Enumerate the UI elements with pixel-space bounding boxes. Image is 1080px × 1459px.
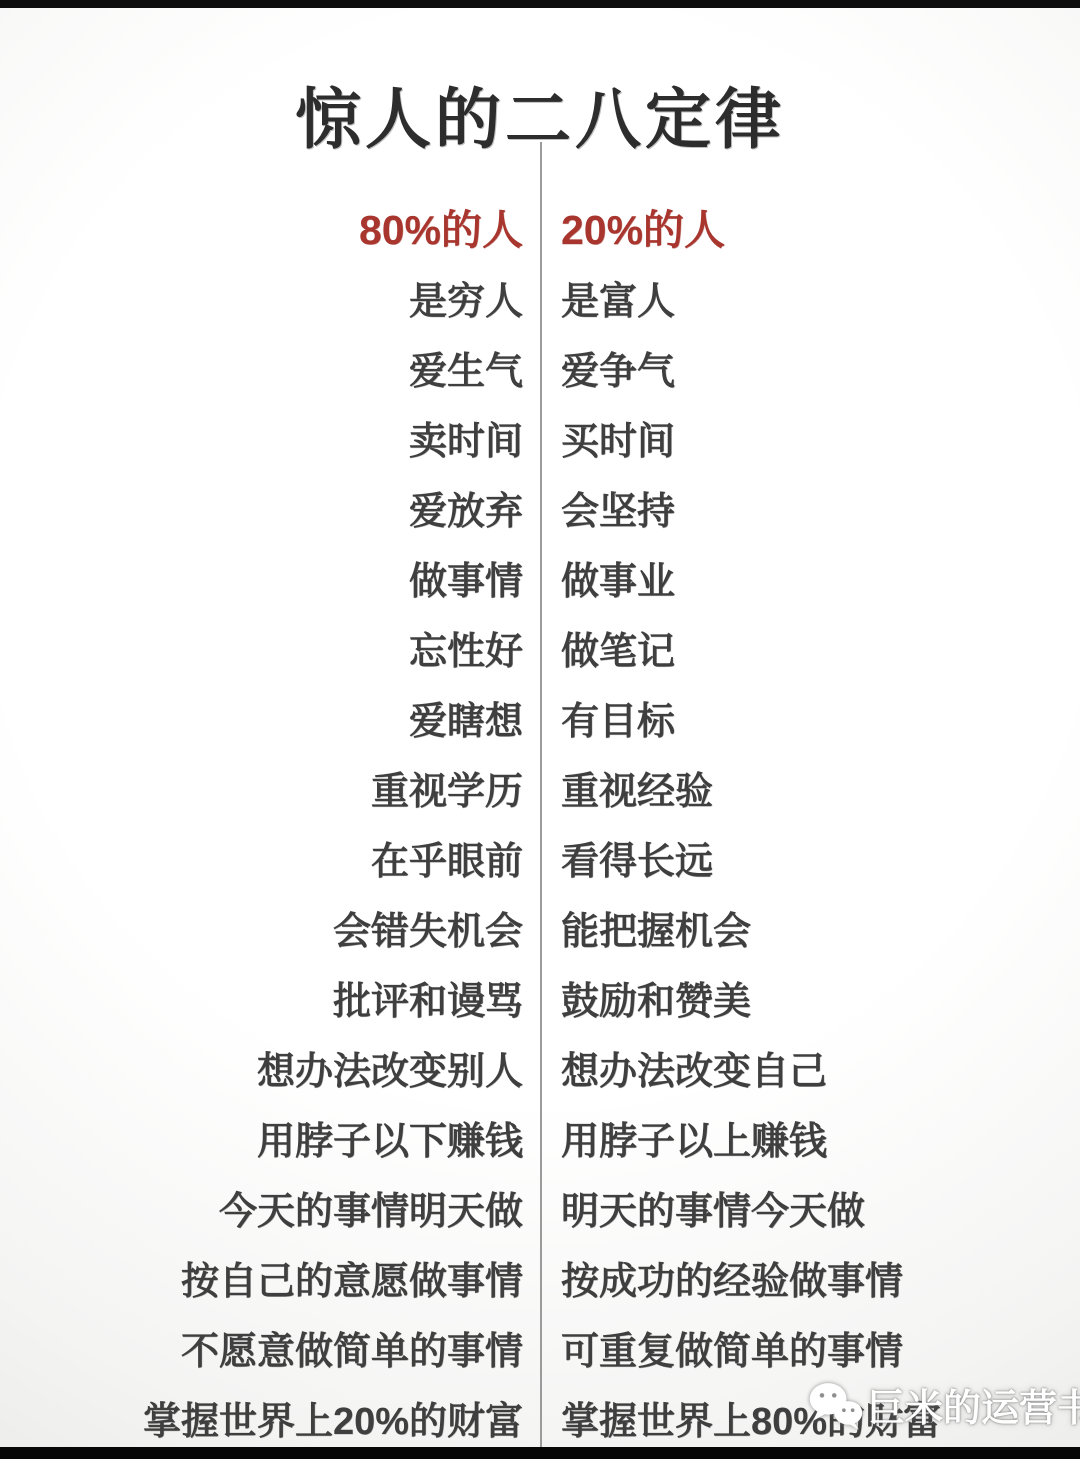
right-cell: 会坚持: [540, 480, 1080, 535]
right-cell: 按成功的经验做事情: [540, 1250, 1080, 1305]
table-row: 想办法改变别人想办法改变自己: [0, 1032, 1080, 1102]
right-column-header: 20%的人: [540, 197, 1080, 256]
table-row: 重视学历重视经验: [0, 752, 1080, 822]
comparison-rows: 是穷人是富人爱生气爱争气卖时间买时间爱放弃会坚持做事情做事业忘性好做笔记爱瞎想有…: [0, 262, 1080, 1452]
table-row: 爱生气爱争气: [0, 332, 1080, 402]
left-cell: 用脖子以下赚钱: [0, 1110, 540, 1165]
right-cell: 能把握机会: [540, 900, 1080, 955]
left-cell: 是穷人: [0, 270, 540, 325]
table-header-row: 80%的人 20%的人: [0, 190, 1080, 262]
left-cell: 爱瞎想: [0, 690, 540, 745]
top-black-bar: [0, 0, 1080, 8]
left-column-header: 80%的人: [0, 197, 540, 256]
right-cell: 重视经验: [540, 760, 1080, 815]
right-cell: 做事业: [540, 550, 1080, 605]
watermark: 巨米的运营书屋: [808, 1377, 1080, 1432]
left-cell: 卖时间: [0, 410, 540, 465]
table-row: 不愿意做简单的事情可重复做简单的事情: [0, 1312, 1080, 1382]
left-cell: 今天的事情明天做: [0, 1180, 540, 1235]
table-row: 做事情做事业: [0, 542, 1080, 612]
right-cell: 可重复做简单的事情: [540, 1320, 1080, 1375]
right-cell: 买时间: [540, 410, 1080, 465]
left-cell: 爱放弃: [0, 480, 540, 535]
left-cell: 按自己的意愿做事情: [0, 1250, 540, 1305]
right-cell: 做笔记: [540, 620, 1080, 675]
table-row: 是穷人是富人: [0, 262, 1080, 332]
right-cell: 用脖子以上赚钱: [540, 1110, 1080, 1165]
poster: 惊人的二八定律 80%的人 20%的人 是穷人是富人爱生气爱争气卖时间买时间爱放…: [0, 0, 1080, 1459]
table-row: 卖时间买时间: [0, 402, 1080, 472]
table-row: 批评和谩骂鼓励和赞美: [0, 962, 1080, 1032]
left-cell: 在乎眼前: [0, 830, 540, 885]
table-row: 忘性好做笔记: [0, 612, 1080, 682]
right-cell: 想办法改变自己: [540, 1040, 1080, 1095]
comparison-table: 80%的人 20%的人 是穷人是富人爱生气爱争气卖时间买时间爱放弃会坚持做事情做…: [0, 190, 1080, 1452]
left-cell: 忘性好: [0, 620, 540, 675]
table-row: 爱放弃会坚持: [0, 472, 1080, 542]
right-cell: 看得长远: [540, 830, 1080, 885]
right-cell: 鼓励和赞美: [540, 970, 1080, 1025]
watermark-text: 巨米的运营书屋: [867, 1377, 1080, 1432]
bottom-black-bar: [0, 1447, 1080, 1459]
left-cell: 不愿意做简单的事情: [0, 1320, 540, 1375]
wechat-icon: [808, 1380, 864, 1430]
left-cell: 想办法改变别人: [0, 1040, 540, 1095]
table-row: 爱瞎想有目标: [0, 682, 1080, 752]
table-row: 会错失机会能把握机会: [0, 892, 1080, 962]
table-row: 今天的事情明天做明天的事情今天做: [0, 1172, 1080, 1242]
right-cell: 爱争气: [540, 340, 1080, 395]
table-row: 按自己的意愿做事情按成功的经验做事情: [0, 1242, 1080, 1312]
left-cell: 做事情: [0, 550, 540, 605]
left-cell: 会错失机会: [0, 900, 540, 955]
right-cell: 有目标: [540, 690, 1080, 745]
left-cell: 重视学历: [0, 760, 540, 815]
left-cell: 批评和谩骂: [0, 970, 540, 1025]
right-cell: 明天的事情今天做: [540, 1180, 1080, 1235]
left-cell: 爱生气: [0, 340, 540, 395]
table-row: 在乎眼前看得长远: [0, 822, 1080, 892]
right-cell: 是富人: [540, 270, 1080, 325]
left-cell: 掌握世界上20%的财富: [0, 1390, 540, 1445]
table-row: 用脖子以下赚钱用脖子以上赚钱: [0, 1102, 1080, 1172]
